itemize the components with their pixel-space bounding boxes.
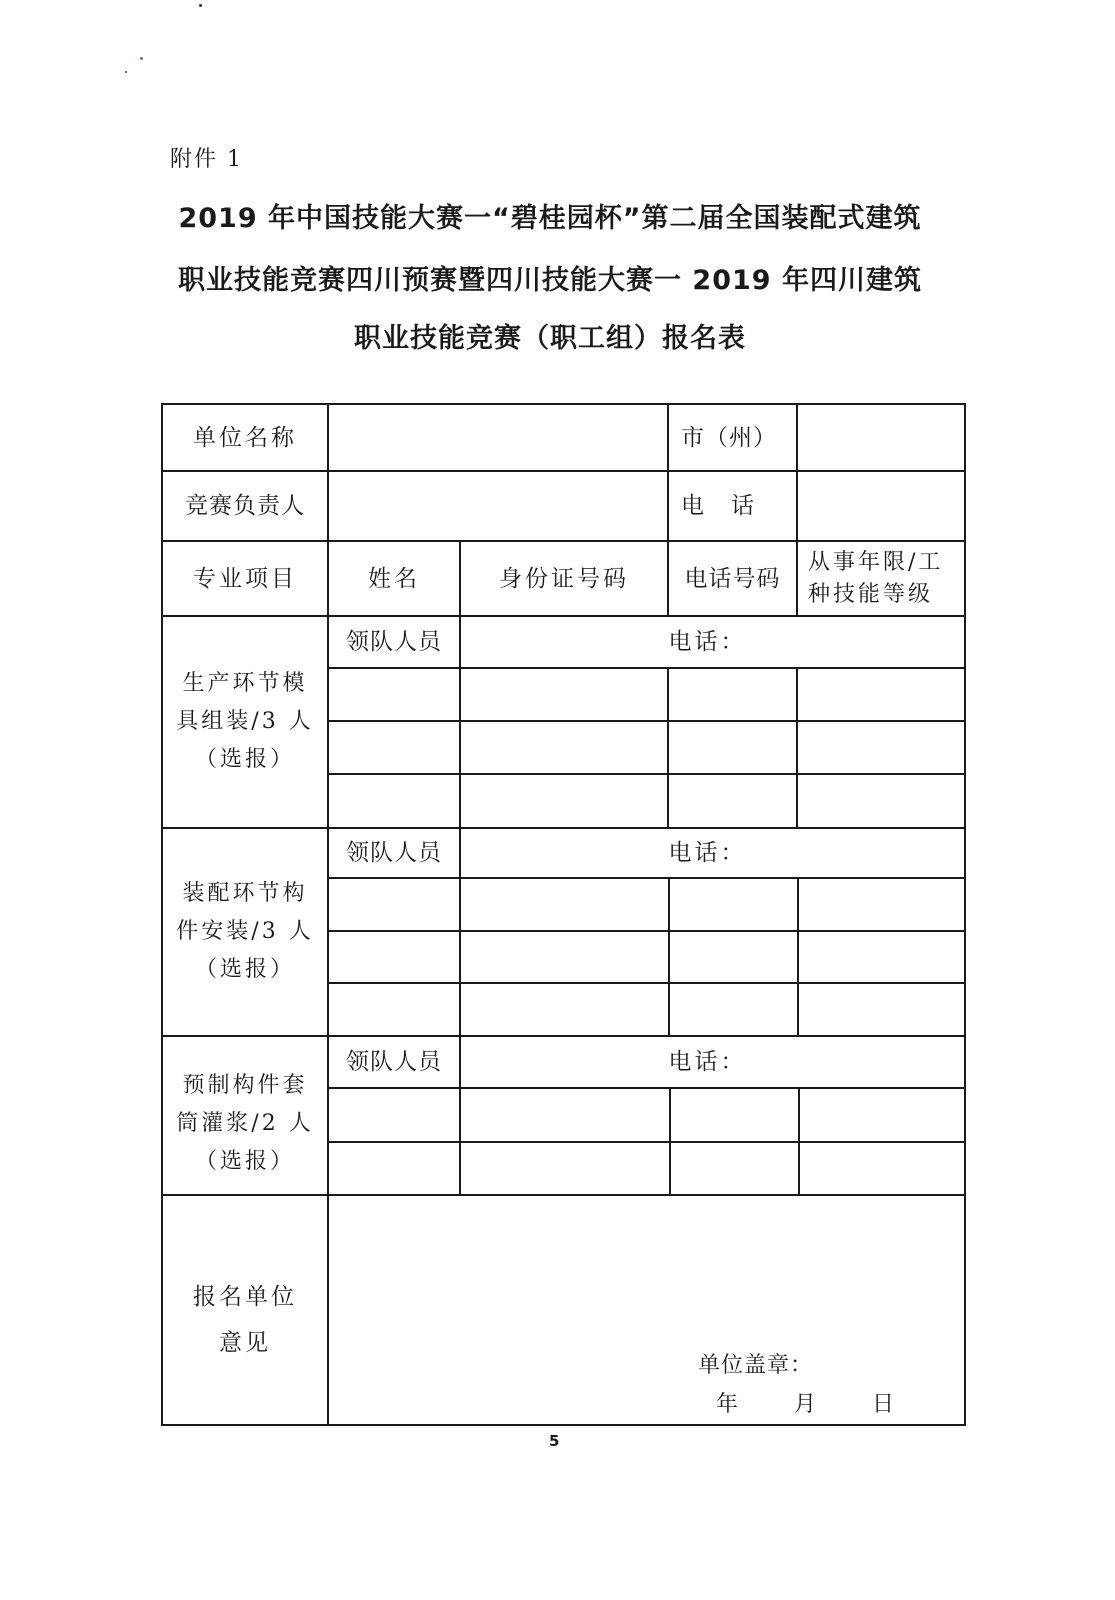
group-1-leader-phone[interactable]: 电话：	[461, 617, 964, 667]
col-divider	[797, 877, 799, 1036]
header-experience-line-2: 种技能等级	[808, 579, 933, 611]
opinion-label: 报名单位 意见	[163, 1196, 327, 1424]
title-line-1: 2019 年中国技能大赛一“碧桂园杯”第二届全国装配式建筑	[160, 196, 940, 235]
group-3-leader-phone[interactable]: 电话：	[461, 1037, 964, 1087]
group-3-leader-label: 领队人员	[329, 1037, 459, 1087]
col-divider	[668, 877, 670, 1036]
scan-speck	[125, 71, 127, 73]
group-2-leader-phone[interactable]: 电话：	[461, 829, 964, 877]
col-divider	[798, 1087, 800, 1195]
unit-name-field[interactable]	[329, 405, 667, 470]
header-phone-number: 电话号码	[669, 542, 796, 615]
table-border-bottom	[163, 1424, 966, 1426]
row-divider	[328, 982, 966, 984]
header-experience-line-1: 从事年限/工	[808, 547, 943, 579]
contact-person-label: 竞赛负责人	[163, 472, 327, 540]
city-label: 市（州）	[669, 405, 796, 470]
page-number: 5	[549, 1432, 559, 1450]
row-divider	[328, 1087, 966, 1089]
date-label: 年 月 日	[716, 1387, 898, 1418]
table-border-right	[964, 403, 966, 1426]
group-1-leader-label: 领队人员	[329, 617, 459, 667]
header-name: 姓名	[329, 542, 459, 615]
header-id-number: 身份证号码	[461, 542, 667, 615]
row-divider	[328, 1141, 966, 1143]
group-2-label: 装配环节构 件安装/3 人 （选报）	[163, 829, 327, 1035]
unit-name-label: 单位名称	[163, 405, 327, 470]
row-divider	[328, 877, 966, 879]
group-1-label: 生产环节模 具组装/3 人 （选报）	[163, 617, 327, 827]
title-line-3: 职业技能竞赛（职工组）报名表	[160, 316, 940, 355]
stamp-label: 单位盖章：	[698, 1348, 813, 1379]
member-entry-cell[interactable]	[461, 669, 667, 720]
member-entry-cell[interactable]	[329, 669, 459, 720]
title-line-2: 职业技能竞赛四川预赛暨四川技能大赛一 2019 年四川建筑	[160, 258, 940, 297]
phone-label: 电 话	[669, 472, 796, 540]
row-divider	[328, 773, 966, 775]
scan-speck	[140, 57, 143, 60]
col-divider	[669, 1087, 671, 1195]
attachment-label: 附件 1	[170, 142, 243, 173]
scan-speck	[199, 4, 202, 7]
city-field[interactable]	[798, 405, 964, 470]
group-3-label: 预制构件套 筒灌浆/2 人 （选报）	[163, 1037, 327, 1194]
row-divider	[328, 930, 966, 932]
header-project: 专业项目	[163, 542, 327, 615]
member-entry-cell[interactable]	[798, 669, 964, 720]
member-entry-cell[interactable]	[669, 669, 796, 720]
contact-person-field[interactable]	[329, 472, 667, 540]
group-2-leader-label: 领队人员	[329, 829, 459, 877]
header-experience: 从事年限/工 种技能等级	[798, 542, 964, 615]
phone-field[interactable]	[798, 472, 964, 540]
row-divider	[328, 720, 966, 722]
